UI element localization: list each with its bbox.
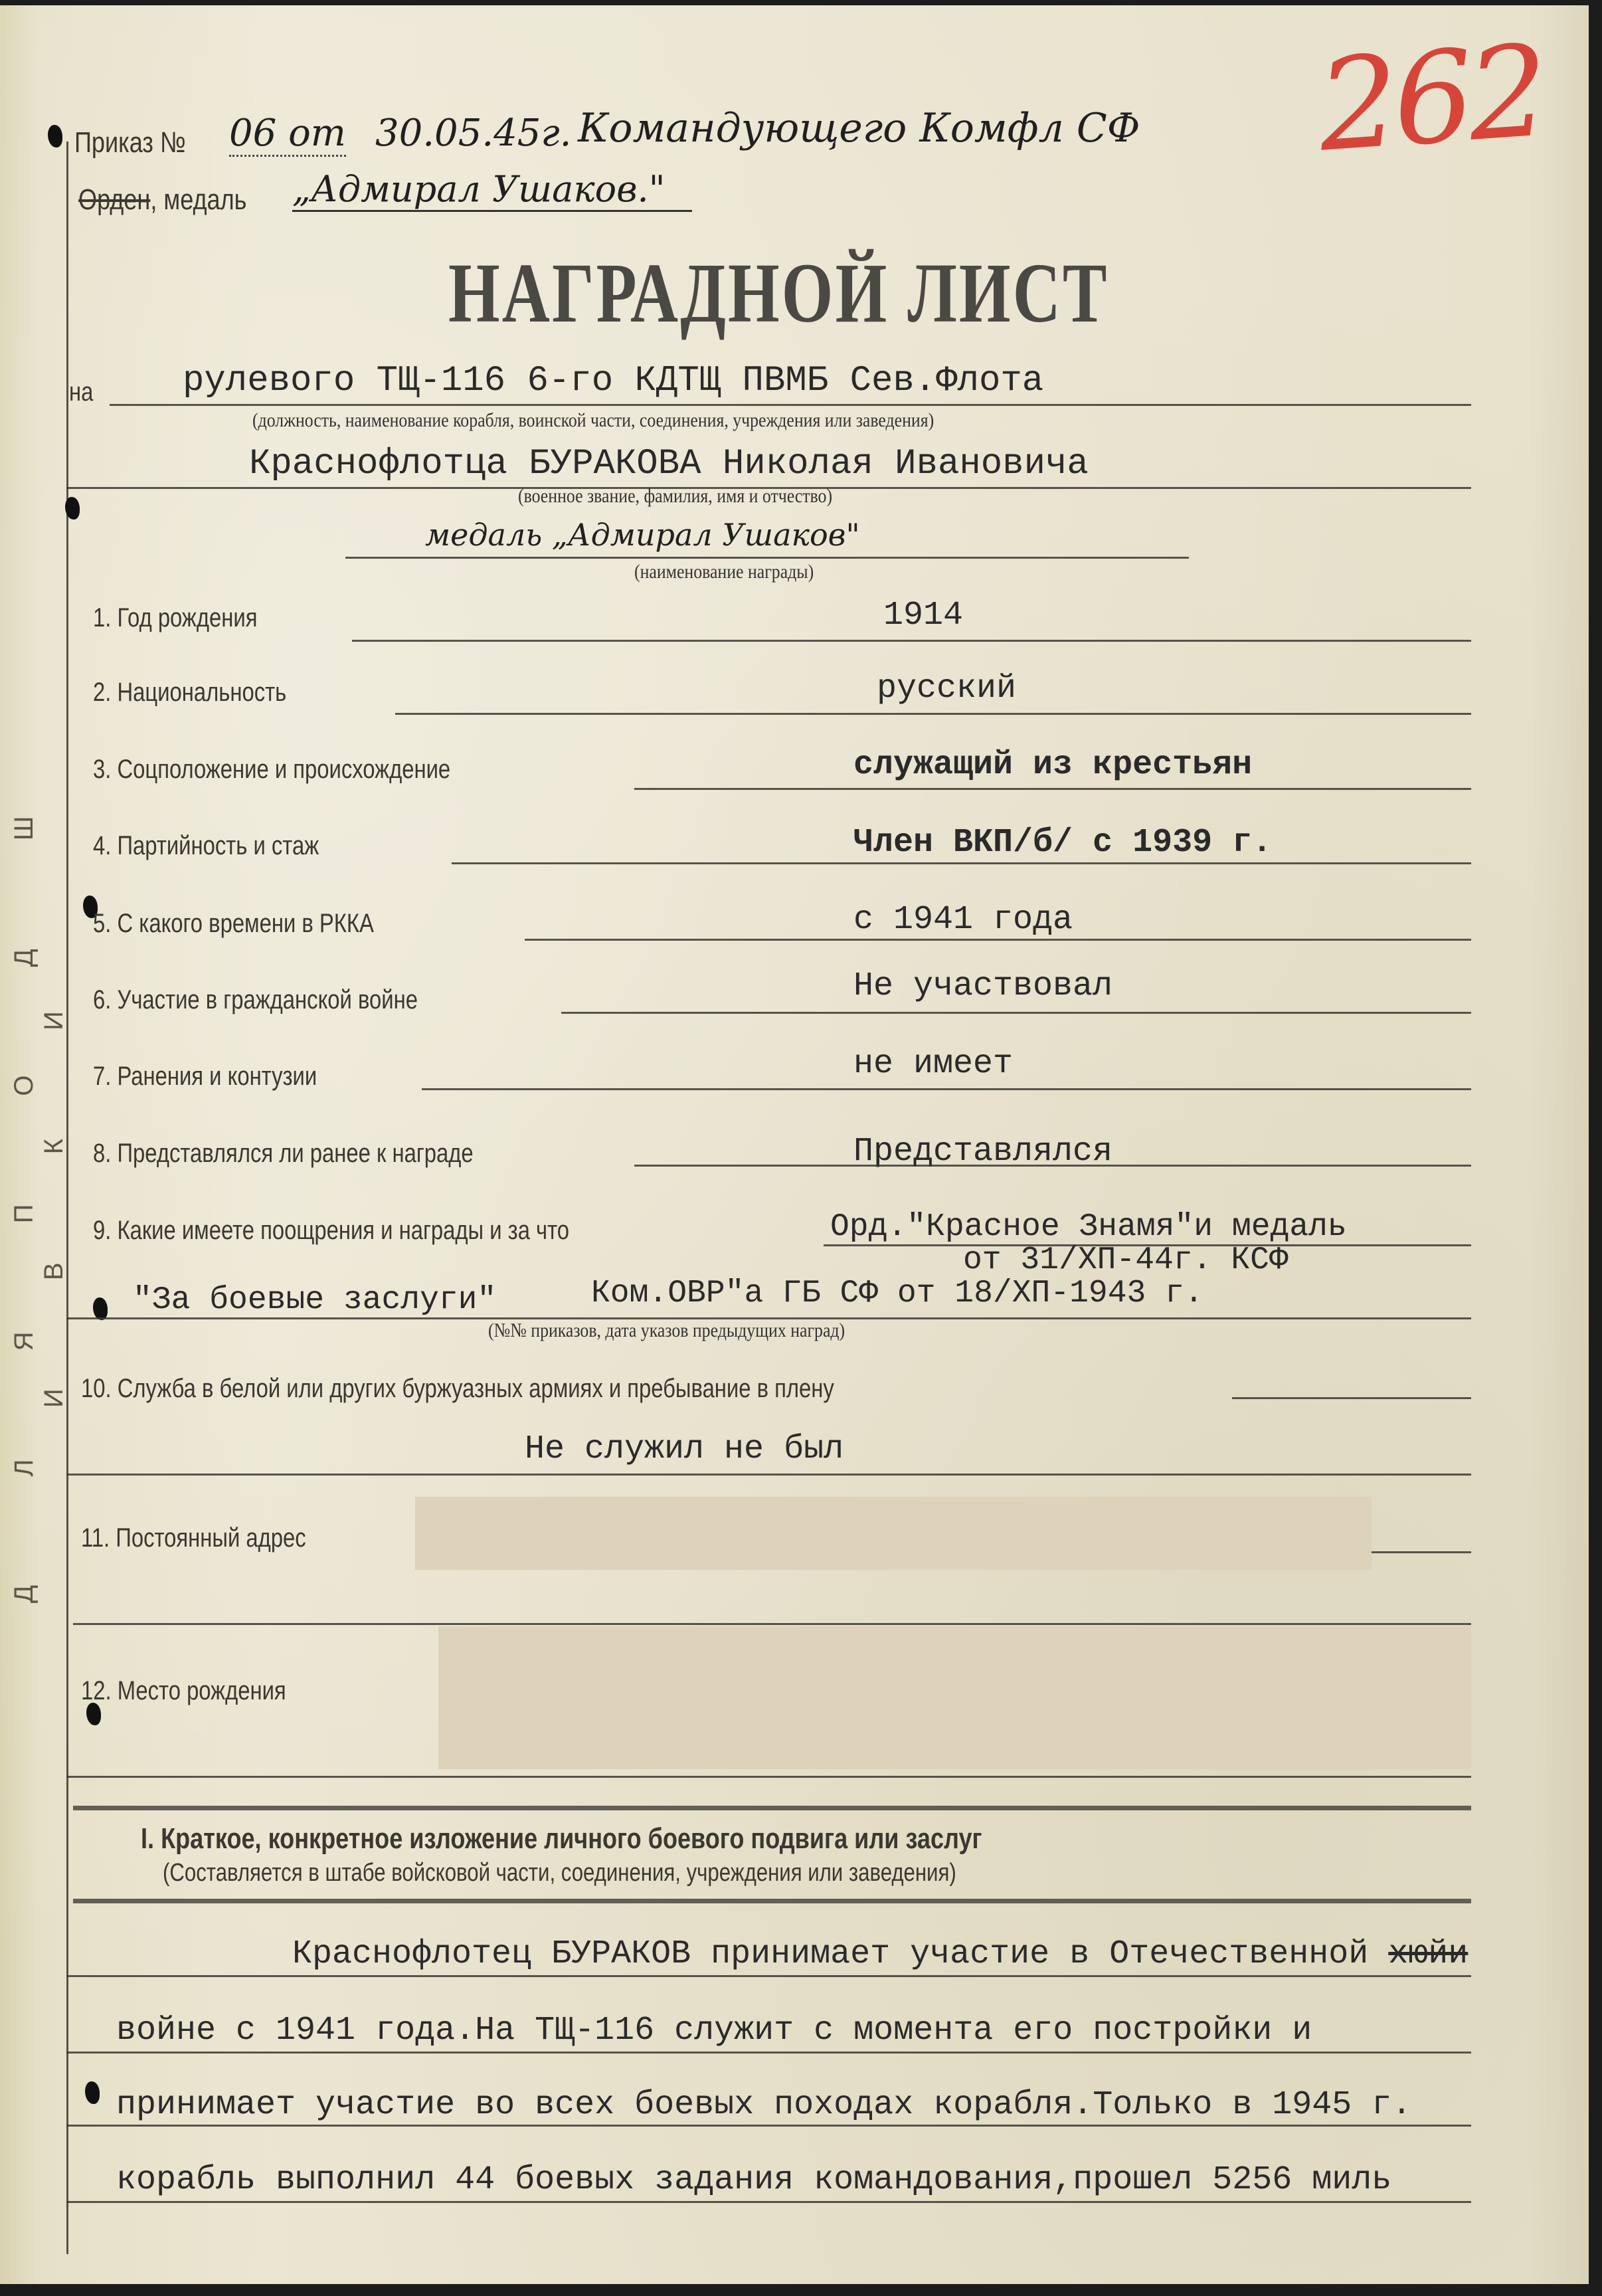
section1-subheading: (Составляется в штабе войсковой части, с… [163,1859,956,1887]
field-label-party: 4. Партийность и стаж [93,831,319,861]
order-number-value: 06 [229,112,276,155]
field-rule [1232,1397,1471,1399]
name-caption: (военное звание, фамилия, имя и отчество… [518,485,832,508]
field-label-birthplace: 12. Место рождения [81,1676,286,1706]
field-label-nationality: 2. Национальность [93,678,286,708]
field-rule [66,1474,1471,1476]
field-rule [422,1088,1471,1090]
field-rule [73,1623,1471,1625]
field-rule [66,1776,1471,1778]
field-value-party: Член ВКП/б/ с 1939 г. [853,824,1272,862]
narrative-line-3: принимает участие во всех боевых походах… [116,2086,1411,2124]
field-label-birth-year: 1. Год рождения [93,603,257,633]
award-name-handwritten: „Адмирал Ушаков." [292,168,692,212]
narrative-line-4: корабль выполнил 44 боевых задания коман… [116,2161,1391,2199]
order-date: 30.05.45г. [375,112,571,155]
award-type-medal: , медаль [150,183,246,216]
field-label-white-army: 10. Служба в белой или других буржуазных… [81,1374,834,1404]
narrative-rule [66,2052,1471,2054]
redacted-birthplace [438,1626,1471,1769]
field-value-social-origin: служащий из крестьян [853,746,1252,784]
field-rule [395,713,1471,715]
redacted-address [415,1497,1372,1570]
narrative-rule [66,2201,1471,2203]
punch-hole [48,125,62,147]
section-rule-top [73,1806,1471,1810]
field-value-nationality: русский [877,670,1016,708]
award-caption: (наименование награды) [634,561,814,583]
narrative-rule [66,1975,1471,1977]
field-value-awards-line1: Орд."Красное Знамя"и медаль [830,1209,1347,1245]
na-label: на [69,377,93,407]
narrative-line-2: войне с 1941 года.На ТЩ-116 служит с мом… [116,2012,1312,2050]
punch-hole [86,1703,101,1725]
position-caption: (должность, наименование корабля, воинск… [252,409,934,432]
order-prefix: Приказ № [74,126,186,159]
page-title: НАГРАДНОЙ ЛИСТ [448,244,1109,342]
field-value-rkka-since: с 1941 года [853,901,1073,939]
recipient-position: рулевого ТЩ-116 6-го КДТЩ ПВМБ Сев.Флота [183,361,1043,401]
field-value-civil-war: Не участвовал [853,967,1112,1005]
award-type-struck: Орден [78,183,150,216]
order-issuer: Командующего Комфл СФ [578,105,1140,151]
order-date-prefix: от [288,112,346,155]
field-label-address: 11. Постоянный адрес [81,1523,306,1553]
field-rule [452,862,1471,864]
field-label-rkka-since: 5. С какого времени в РККА [93,909,374,939]
narrative-rule [66,2125,1471,2127]
field-label-wounds: 7. Ранения и контузии [93,1062,317,1092]
field-value-awards-line2: от 31/XП-44г. КСФ [963,1242,1289,1278]
field-rule [1372,1551,1471,1553]
field-label-awards: 9. Какие имеете поощрения и награды и за… [93,1216,569,1246]
awards-caption: (№№ приказов, дата указов предыдущих наг… [488,1319,845,1342]
field-rule [352,640,1471,642]
section1-heading: I. Краткое, конкретное изложение личного… [141,1822,982,1856]
field-value-awards-line3b: Ком.ОВР"а ГБ СФ от 18/XП-1943 г. [591,1276,1203,1311]
award-sheet-page: Д Л Я П О Д Ш И В К И 262 Приказ № 06 от… [0,5,1589,2284]
field-value-wounds: не имеет [853,1045,1013,1083]
archive-page-number: 262 [1314,17,1548,179]
struck-typo: хюйи [1388,1935,1468,1973]
field-label-previously-nominated: 8. Представлялся ли ранее к награде [93,1139,474,1169]
field-rule [561,1012,1471,1014]
field-value-birth-year: 1914 [883,597,963,634]
section-rule-bottom [73,1899,1471,1903]
recipient-name: Краснофлотца БУРАКОВА Николая Ивановича [249,444,1089,484]
award-rule [345,557,1189,559]
punch-hole [65,497,80,520]
punch-hole [93,1297,108,1320]
field-rule [634,788,1471,790]
field-label-civil-war: 6. Участие в гражданской войне [93,985,418,1015]
field-value-awards-line3a: "За боевые заслуги" [133,1282,496,1318]
binding-margin-label: Д Л Я П О Д Ш И В К И [9,723,43,1646]
narrative-line-1: Краснофлотец БУРАКОВ принимает участие в… [292,1935,1468,1973]
recipient-award: медаль „Адмирал Ушаков" [425,517,860,553]
field-rule [525,939,1471,941]
order-number: 06 от [229,112,346,157]
field-label-social-origin: 3. Соцположение и происхождение [93,755,450,785]
position-rule [110,404,1471,406]
field-rule [634,1165,1471,1167]
award-type-line: Орден, медаль [78,183,246,217]
field-value-white-army: Не служил не был [525,1430,844,1468]
punch-hole [85,2081,100,2104]
